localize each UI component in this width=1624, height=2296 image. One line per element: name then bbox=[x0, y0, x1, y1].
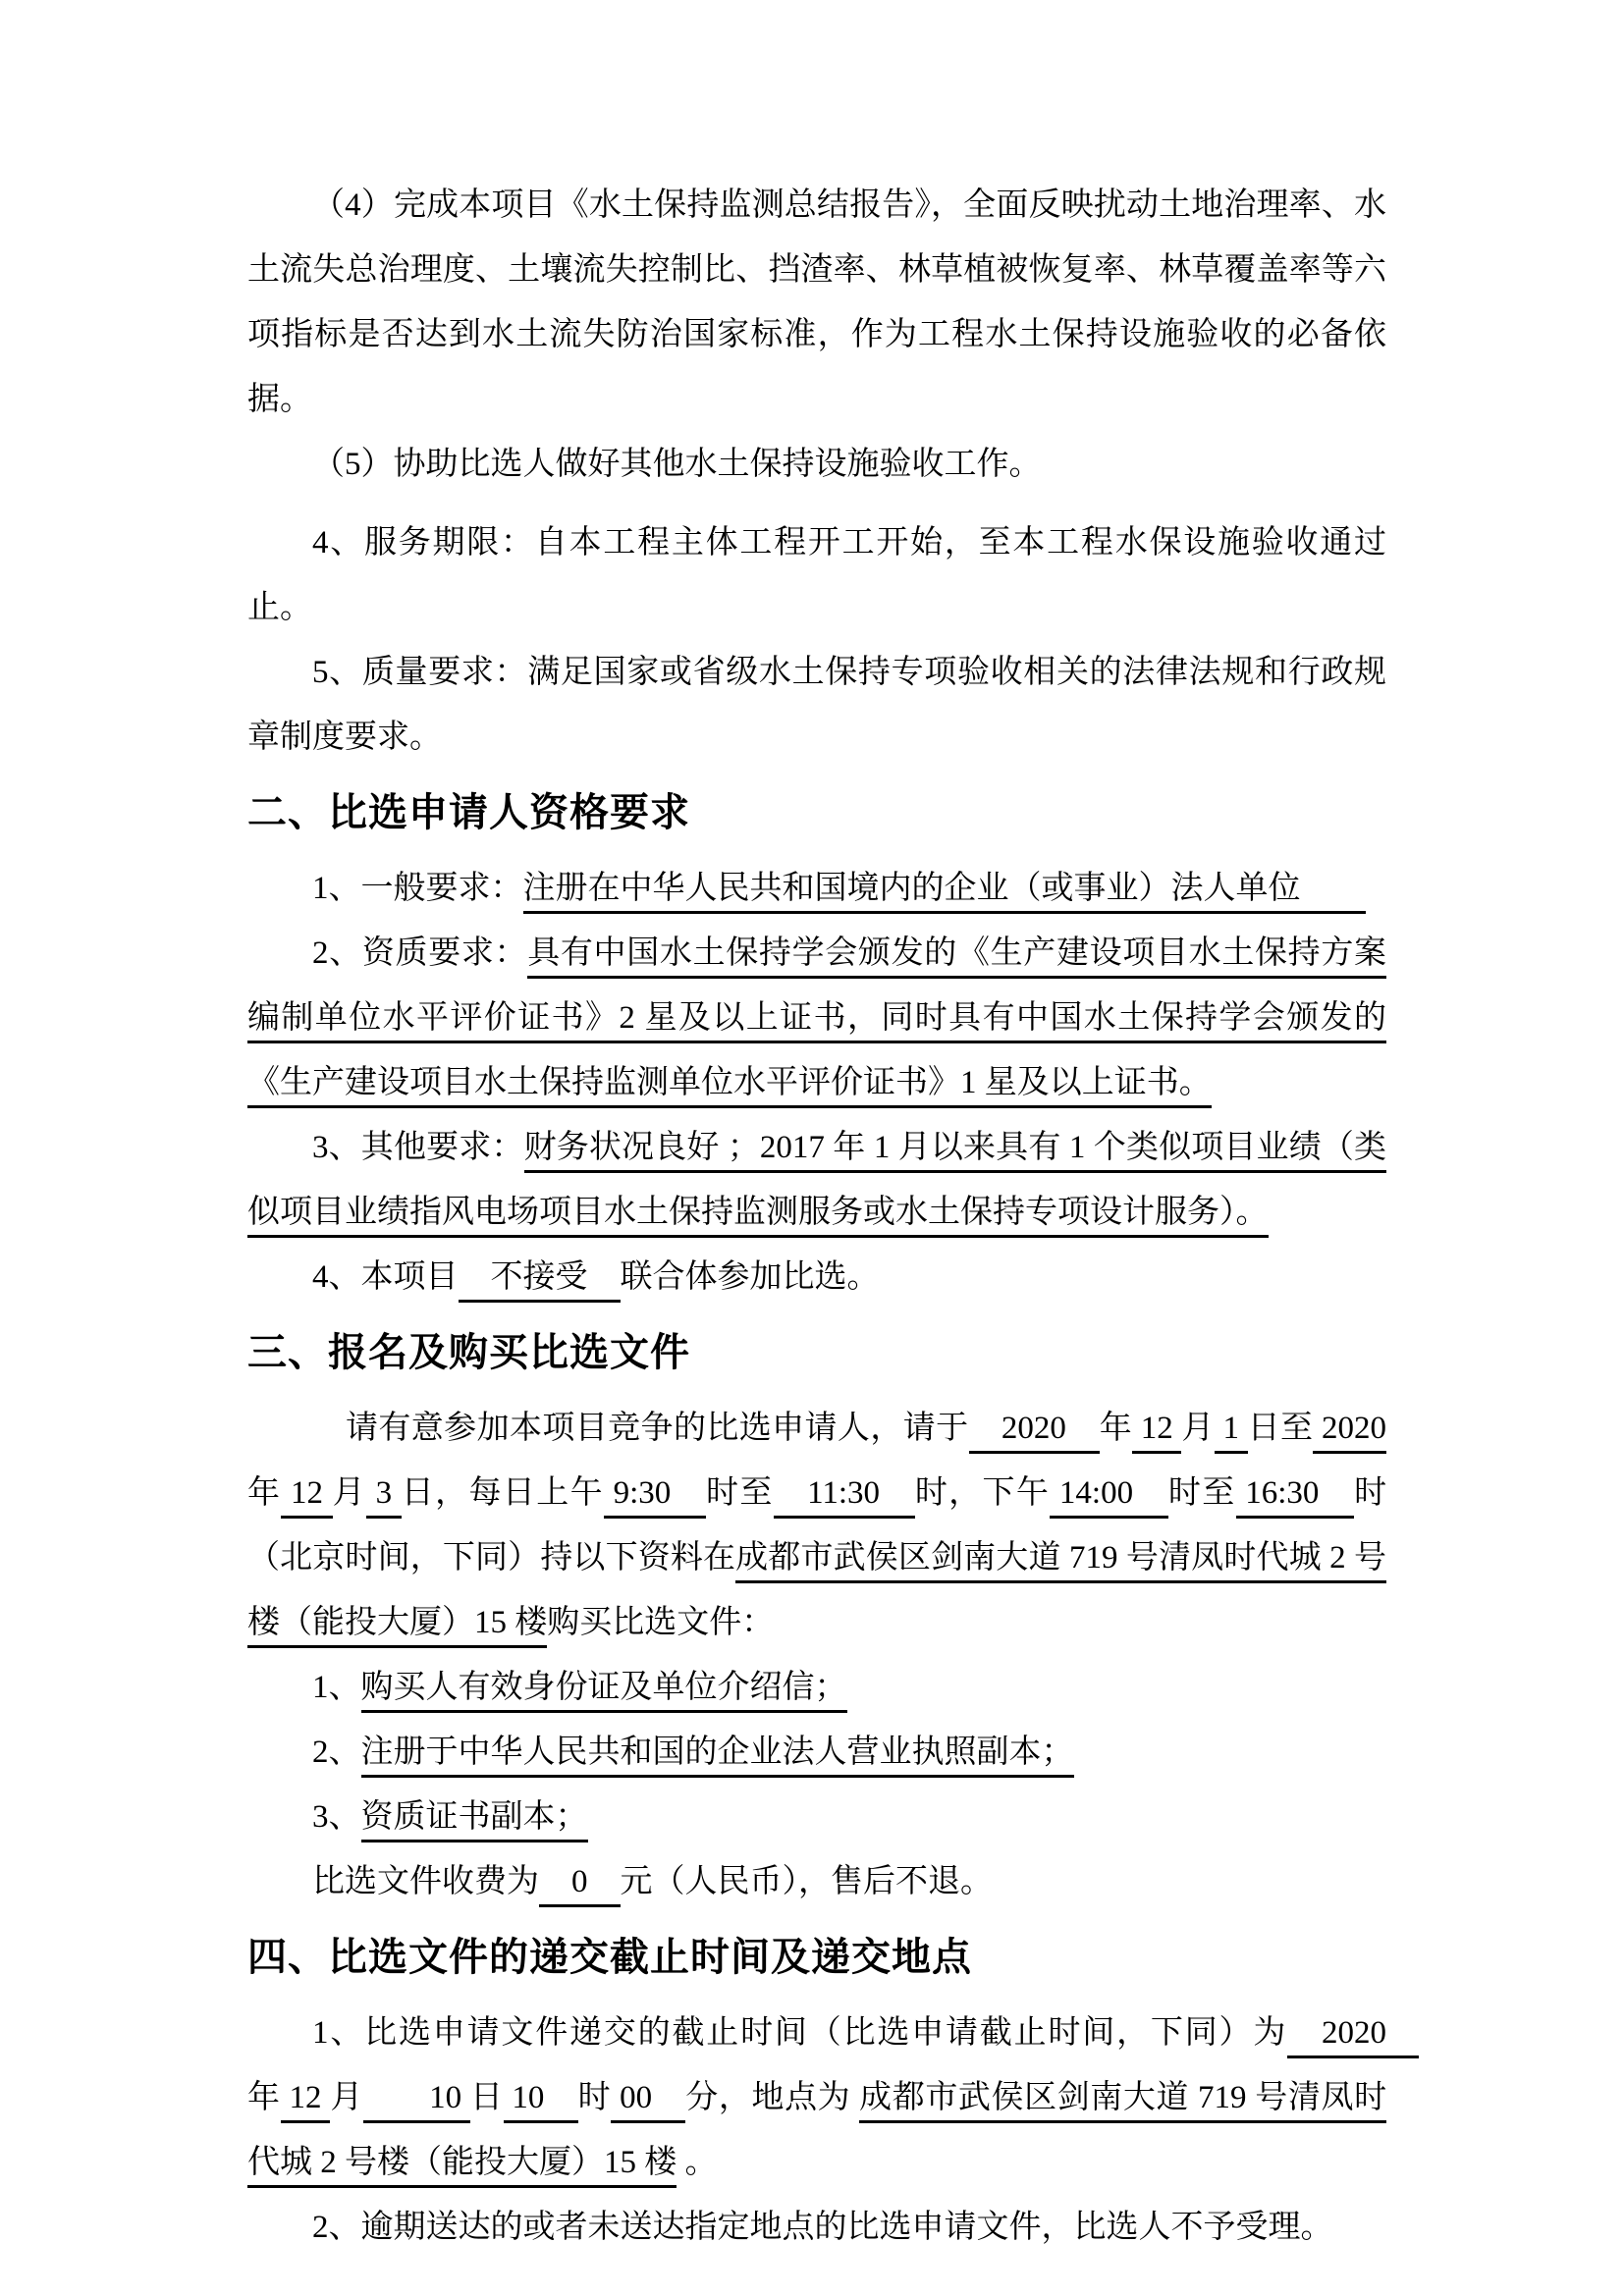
field-am-start-time: 9:30 bbox=[604, 1475, 706, 1519]
text-run: 分，地点为 bbox=[685, 2080, 859, 2115]
text-run: 月 bbox=[330, 2080, 363, 2115]
text-run: 年 bbox=[247, 1475, 281, 1511]
field-pm-start-time: 14:00 bbox=[1050, 1475, 1168, 1519]
paragraph-late-delivery: 2、逾期送达的或者未送达指定地点的比选申请文件，比选人不予受理。 bbox=[247, 2195, 1386, 2260]
text-run: 购买比选文件： bbox=[547, 1605, 774, 1640]
paragraph-consortium: 4、本项目 不接受 联合体参加比选。 bbox=[247, 1245, 1386, 1309]
text-run: 月 bbox=[333, 1475, 366, 1511]
text-run: 年 bbox=[247, 2080, 281, 2115]
paragraph-other-requirement: 3、其他要求：财务状况良好 ；2017 年 1 月以来具有 1 个类似项目业绩（… bbox=[247, 1115, 1386, 1245]
text-run: 时，下午 bbox=[915, 1475, 1050, 1511]
paragraph-document-fee: 比选文件收费为 0 元（人民币），售后不退。 bbox=[247, 1849, 1386, 1914]
heading-text: 二、比选申请人资格要求 bbox=[247, 790, 690, 834]
field-deadline-year: 2020 bbox=[1287, 2015, 1419, 2058]
text-run: 1、比选申请文件递交的截止时间（比选申请截止时间，下同）为 bbox=[312, 2015, 1287, 2051]
field-deadline-day: 10 bbox=[363, 2080, 470, 2123]
field-consortium-not-accepted: 不接受 bbox=[459, 1259, 621, 1303]
text-run: 5、质量要求：满足国家或省级水土保持专项验收相关的法律法规和行政规章制度要求。 bbox=[247, 655, 1386, 755]
field-deadline-minute: 00 bbox=[611, 2080, 685, 2123]
text-run: 2、逾期送达的或者未送达指定地点的比选申请文件，比选人不予受理。 bbox=[312, 2210, 1333, 2245]
field-sale-start-month: 12 bbox=[1132, 1411, 1181, 1454]
text-run: 4、本项目 bbox=[312, 1259, 459, 1295]
text-run: 3、 bbox=[312, 1799, 361, 1835]
field-am-end-time: 11:30 bbox=[774, 1475, 915, 1519]
paragraph-quality-requirement: 5、质量要求：满足国家或省级水土保持专项验收相关的法律法规和行政规章制度要求。 bbox=[247, 640, 1386, 770]
text-run: 年 bbox=[1100, 1411, 1132, 1446]
field-pm-end-time: 16:30 bbox=[1236, 1475, 1355, 1519]
text-run: 3、其他要求： bbox=[312, 1130, 524, 1165]
field-buyer-id: 购买人有效身份证及单位介绍信； bbox=[361, 1670, 847, 1713]
field-sale-end-day: 3 bbox=[366, 1475, 402, 1519]
field-sale-end-month: 12 bbox=[281, 1475, 332, 1519]
field-sale-start-year: 2020 bbox=[969, 1411, 1100, 1454]
text-run: 2、资质要求： bbox=[312, 935, 527, 971]
heading-section-4: 四、比选文件的递交截止时间及递交地点 bbox=[247, 1914, 1386, 2001]
field-deadline-month: 12 bbox=[281, 2080, 331, 2123]
text-run: 1、 bbox=[312, 1670, 361, 1705]
heading-text: 四、比选文件的递交截止时间及递交地点 bbox=[247, 1935, 972, 1979]
field-general-requirement: 注册在中华人民共和国境内的企业（或事业）法人单位 bbox=[523, 871, 1366, 914]
text-run: 请有意参加本项目竞争的比选申请人，请于 bbox=[346, 1411, 969, 1446]
text-run: 日 bbox=[470, 2080, 504, 2115]
document-page: （4）完成本项目《水土保持监测总结报告》，全面反映扰动土地治理率、水土流失总治理… bbox=[0, 0, 1624, 2296]
paragraph-general-requirement: 1、一般要求：注册在中华人民共和国境内的企业（或事业）法人单位 bbox=[247, 856, 1386, 921]
field-fee-amount: 0 bbox=[539, 1864, 621, 1907]
text-run: 日至 bbox=[1248, 1411, 1314, 1446]
field-qualification-cert: 资质证书副本； bbox=[361, 1799, 588, 1842]
text-run: （5）协助比选人做好其他水土保持设施验收工作。 bbox=[312, 447, 1042, 482]
text-run: 时 bbox=[578, 2080, 612, 2115]
text-run: 2、 bbox=[312, 1735, 361, 1770]
text-run: 4、服务期限：自本工程主体工程开工开始，至本工程水保设施验收通过止。 bbox=[247, 525, 1386, 625]
text-run: 元（人民币），售后不退。 bbox=[621, 1864, 994, 1899]
heading-text: 三、报名及购买比选文件 bbox=[247, 1330, 690, 1374]
list-item-business-license: 2、注册于中华人民共和国的企业法人营业执照副本； bbox=[247, 1720, 1386, 1785]
heading-section-3: 三、报名及购买比选文件 bbox=[247, 1309, 1386, 1396]
paragraph-deadline-location: 1、比选申请文件递交的截止时间（比选申请截止时间，下同）为 2020 年 12 … bbox=[247, 2001, 1386, 2195]
paragraph-registration-purchase: 请有意参加本项目竞争的比选申请人，请于 2020 年 12 月 1 日至 202… bbox=[247, 1396, 1386, 1655]
list-item-qualification-copy: 3、资质证书副本； bbox=[247, 1785, 1386, 1849]
text-run: 月 bbox=[1181, 1411, 1214, 1446]
text-run: 时至 bbox=[1168, 1475, 1236, 1511]
field-sale-end-year: 2020 bbox=[1313, 1411, 1386, 1454]
text-run: 联合体参加比选。 bbox=[621, 1259, 880, 1295]
text-run: 比选文件收费为 bbox=[312, 1864, 539, 1899]
text-run: 1、一般要求： bbox=[312, 871, 523, 906]
field-business-license: 注册于中华人民共和国的企业法人营业执照副本； bbox=[361, 1735, 1074, 1778]
field-sale-start-day: 1 bbox=[1215, 1411, 1248, 1454]
list-item-buyer-id: 1、购买人有效身份证及单位介绍信； bbox=[247, 1655, 1386, 1720]
text-run: 。 bbox=[677, 2145, 717, 2180]
paragraph-service-period: 4、服务期限：自本工程主体工程开工开始，至本工程水保设施验收通过止。 bbox=[247, 510, 1386, 640]
paragraph-qualification-requirement: 2、资质要求：具有中国水土保持学会颁发的《生产建设项目水土保持方案编制单位水平评… bbox=[247, 921, 1386, 1115]
paragraph-report-item4: （4）完成本项目《水土保持监测总结报告》，全面反映扰动土地治理率、水土流失总治理… bbox=[247, 173, 1386, 432]
text-run: 日，每日上午 bbox=[402, 1475, 604, 1511]
text-run: （4）完成本项目《水土保持监测总结报告》，全面反映扰动土地治理率、水土流失总治理… bbox=[247, 187, 1386, 417]
field-deadline-hour: 10 bbox=[504, 2080, 578, 2123]
heading-section-2: 二、比选申请人资格要求 bbox=[247, 770, 1386, 856]
text-run: 时至 bbox=[706, 1475, 774, 1511]
paragraph-assist-item5: （5）协助比选人做好其他水土保持设施验收工作。 bbox=[247, 432, 1386, 497]
